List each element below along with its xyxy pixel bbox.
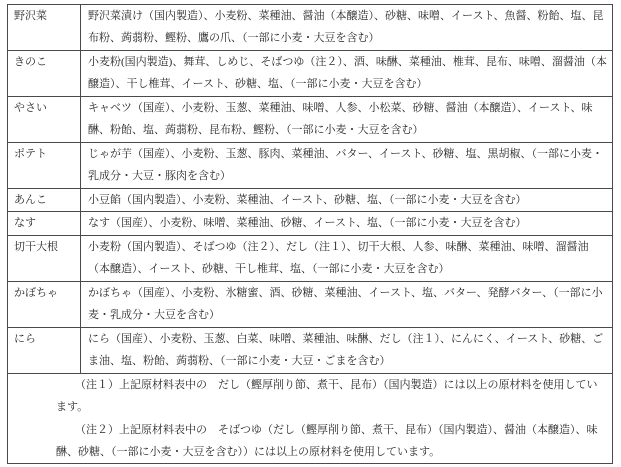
note-1: （注１）上記原材料表中の だし（鰹厚削り節、煮干、昆布）（国内製造）には以上の原… [56, 374, 602, 419]
table-row: かぼちゃ かぼちゃ（国産）、小麦粉、氷糖蜜、酒、砂糖、菜種油、イースト、塩、バタ… [8, 281, 613, 327]
product-name-cell: やさい [8, 97, 81, 143]
product-name-cell: あんこ [8, 189, 81, 212]
product-name-cell: にら [8, 327, 81, 373]
ingredients-cell: なす（国産）、小麦粉、味噌、菜種油、砂糖、イースト、塩、（一部に小麦・大豆を含む… [81, 212, 613, 235]
table-row: きのこ 小麦粉(国内製造)、舞茸、しめじ、そばつゆ（注２）、酒、味醂、菜種油、椎… [8, 51, 613, 97]
table-row: あんこ 小豆餡（国内製造）、小麦粉、菜種油、イースト、砂糖、塩、（一部に小麦・大… [8, 189, 613, 212]
table-row: ポテト じゃが芋（国産）、小麦粉、玉葱、豚肉、菜種油、バター、イースト、砂糖、塩… [8, 143, 613, 189]
table-row: なす なす（国産）、小麦粉、味噌、菜種油、砂糖、イースト、塩、（一部に小麦・大豆… [8, 212, 613, 235]
table-row: 野沢菜 野沢菜漬け（国内製造）、小麦粉、菜種油、醤油（本醸造）、砂糖、味噌、イー… [8, 5, 613, 51]
ingredients-cell: 小豆餡（国内製造）、小麦粉、菜種油、イースト、砂糖、塩、（一部に小麦・大豆を含む… [81, 189, 613, 212]
ingredients-cell: かぼちゃ（国産）、小麦粉、氷糖蜜、酒、砂糖、菜種油、イースト、塩、バター、発酵バ… [81, 281, 613, 327]
notes-cell: （注１）上記原材料表中の だし（鰹厚削り節、煮干、昆布）（国内製造）には以上の原… [8, 373, 613, 464]
note-2: （注２）上記原材料表中の そばつゆ（だし（鰹厚削り節、煮干、昆布）（国内製造）、… [56, 419, 602, 464]
ingredient-document: 野沢菜 野沢菜漬け（国内製造）、小麦粉、菜種油、醤油（本醸造）、砂糖、味噌、イー… [0, 0, 621, 467]
product-name-cell: きのこ [8, 51, 81, 97]
product-name-cell: 切干大根 [8, 235, 81, 281]
ingredient-table: 野沢菜 野沢菜漬け（国内製造）、小麦粉、菜種油、醤油（本醸造）、砂糖、味噌、イー… [7, 4, 613, 464]
product-name-cell: 野沢菜 [8, 5, 81, 51]
ingredients-cell: キャベツ（国産）、小麦粉、玉葱、菜種油、味噌、人参、小松菜、砂糖、醤油（本醸造）… [81, 97, 613, 143]
ingredients-cell: じゃが芋（国産）、小麦粉、玉葱、豚肉、菜種油、バター、イースト、砂糖、塩、黒胡椒… [81, 143, 613, 189]
ingredients-cell: 野沢菜漬け（国内製造）、小麦粉、菜種油、醤油（本醸造）、砂糖、味噌、イースト、魚… [81, 5, 613, 51]
table-row: 切干大根 小麦粉（国内製造）、そばつゆ（注２）、だし（注１）、切干大根、人参、味… [8, 235, 613, 281]
product-name-cell: なす [8, 212, 81, 235]
ingredients-cell: 小麦粉(国内製造)、舞茸、しめじ、そばつゆ（注２）、酒、味醂、菜種油、椎茸、昆布… [81, 51, 613, 97]
table-row: やさい キャベツ（国産）、小麦粉、玉葱、菜種油、味噌、人参、小松菜、砂糖、醤油（… [8, 97, 613, 143]
ingredients-cell: にら（国産）、小麦粉、玉葱、白菜、味噌、菜種油、味醂、だし（注１）、にんにく、イ… [81, 327, 613, 373]
ingredients-cell: 小麦粉（国内製造）、そばつゆ（注２）、だし（注１）、切干大根、人参、味醂、菜種油… [81, 235, 613, 281]
product-name-cell: かぼちゃ [8, 281, 81, 327]
product-name-cell: ポテト [8, 143, 81, 189]
notes-row: （注１）上記原材料表中の だし（鰹厚削り節、煮干、昆布）（国内製造）には以上の原… [8, 373, 613, 464]
table-row: にら にら（国産）、小麦粉、玉葱、白菜、味噌、菜種油、味醂、だし（注１）、にんに… [8, 327, 613, 373]
